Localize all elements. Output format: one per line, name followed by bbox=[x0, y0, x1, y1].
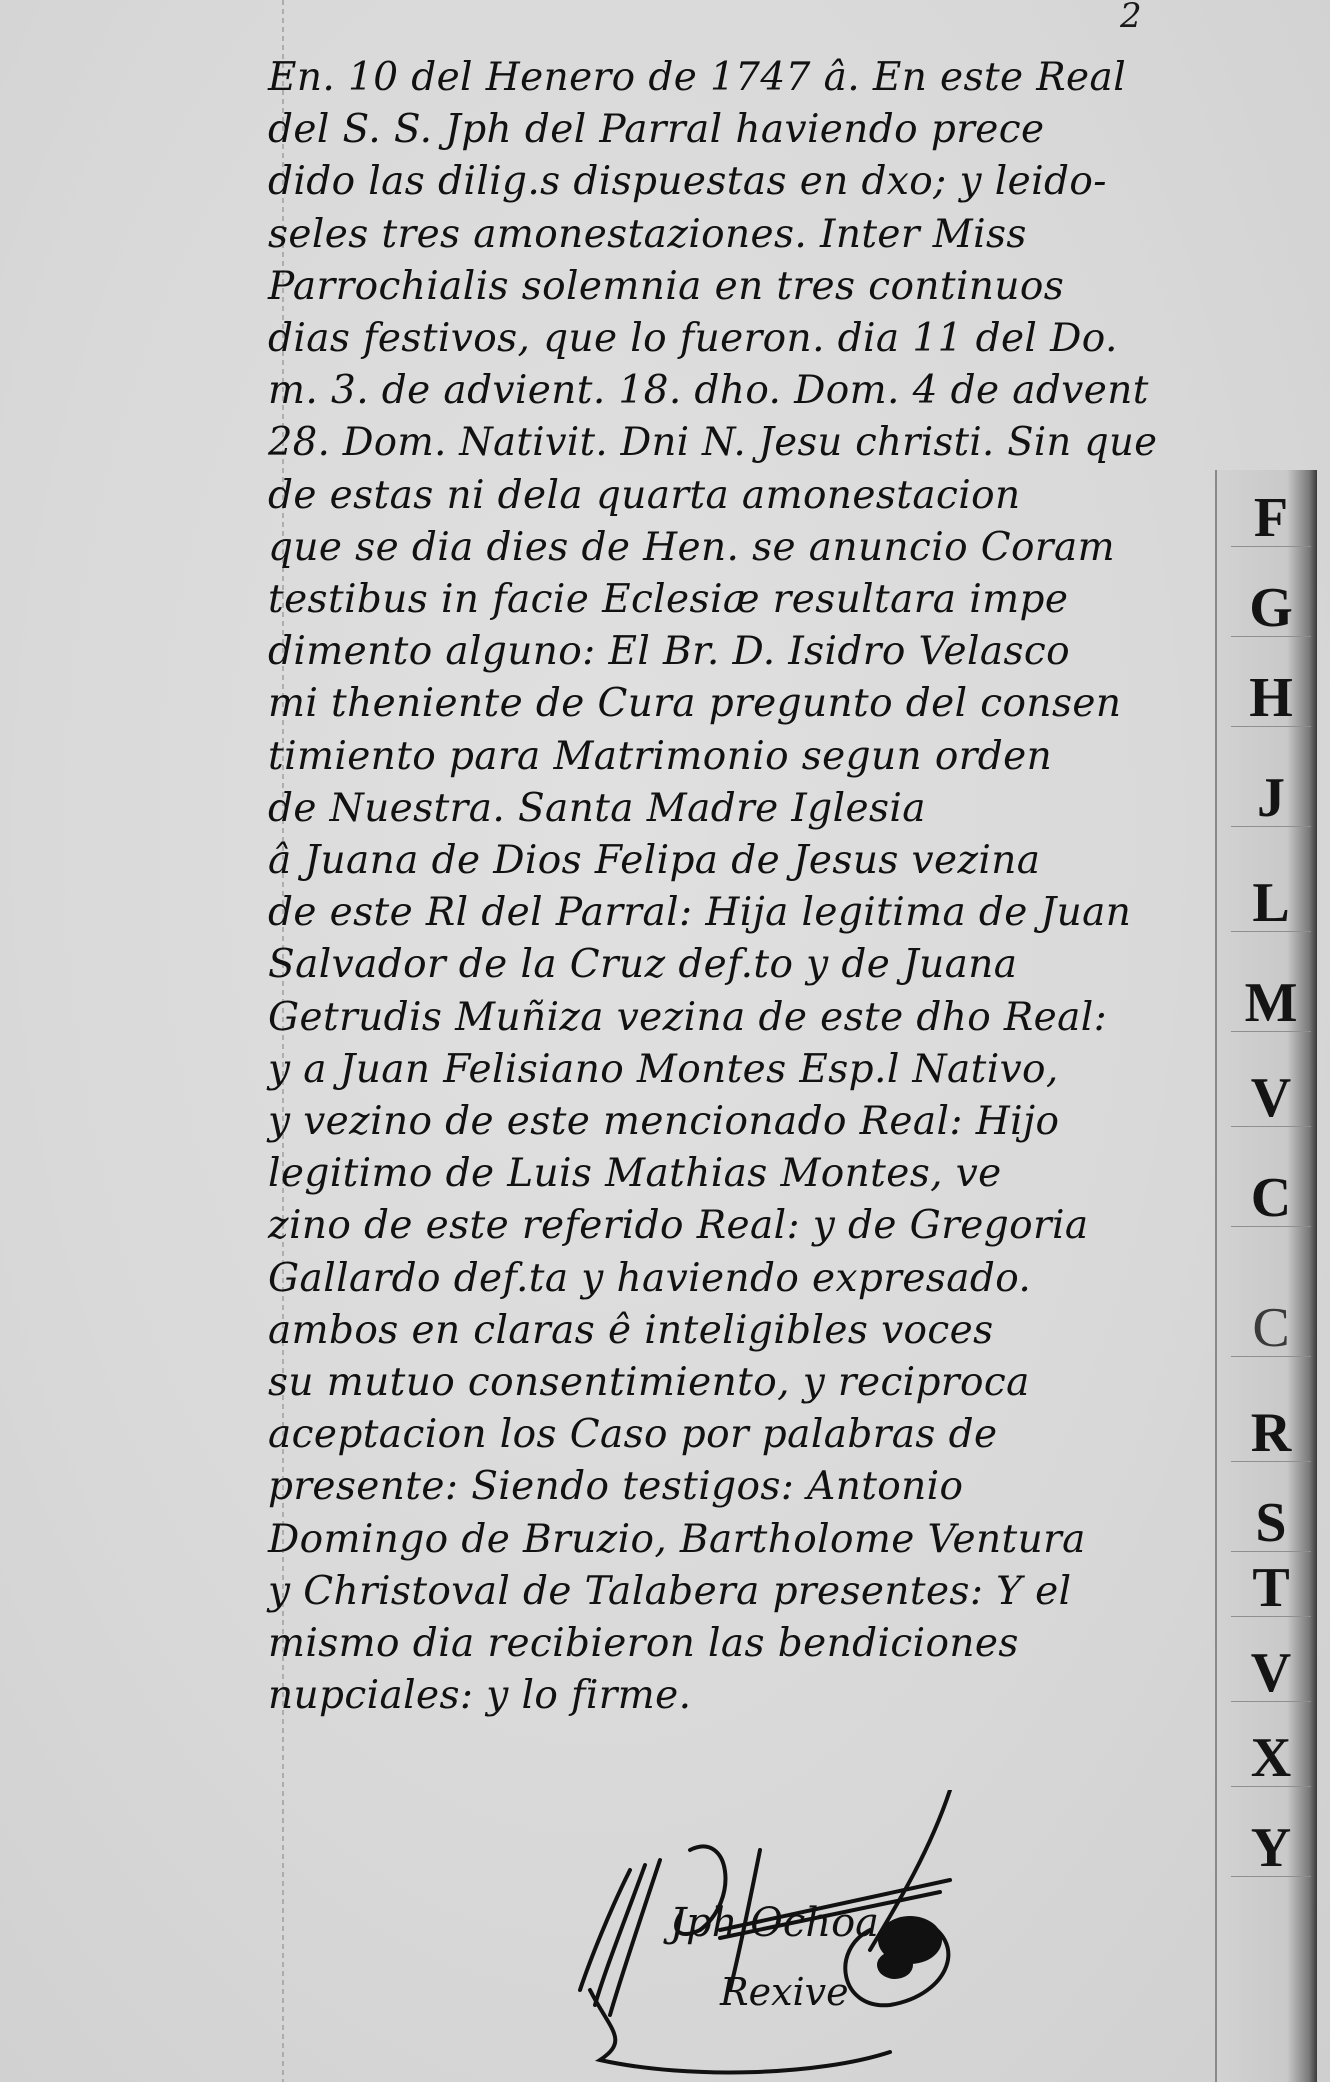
text-line: que se dia dies de Hen. se anuncio Coram bbox=[268, 522, 1158, 574]
signature-role: Rexive bbox=[720, 1970, 849, 2014]
index-tab-L[interactable]: L bbox=[1231, 875, 1311, 932]
text-line: testibus in facie Eclesiæ resultara impe bbox=[268, 574, 1158, 626]
text-line: dias festivos, que lo fueron. dia 11 del… bbox=[268, 313, 1158, 365]
text-line: y a Juan Felisiano Montes Esp.l Nativo, bbox=[268, 1044, 1158, 1096]
signature-name: Jph Ochoa bbox=[670, 1900, 879, 1946]
text-line: aceptacion los Caso por palabras de bbox=[268, 1409, 1158, 1461]
text-line: y vezino de este mencionado Real: Hijo bbox=[268, 1096, 1158, 1148]
alphabetical-index-tabs: F G H J L M V C C R S T V X Y bbox=[1215, 470, 1317, 2082]
text-line: Salvador de la Cruz def.to y de Juana bbox=[268, 939, 1158, 991]
text-line: nupciales: y lo firme. bbox=[268, 1670, 1158, 1722]
text-line: de estas ni dela quarta amonestacion bbox=[268, 470, 1158, 522]
text-line: Getrudis Muñiza vezina de este dho Real: bbox=[268, 992, 1158, 1044]
text-line: â Juana de Dios Felipa de Jesus vezina bbox=[268, 835, 1158, 887]
text-line: timiento para Matrimonio segun orden bbox=[268, 731, 1158, 783]
index-tab-X[interactable]: X bbox=[1231, 1730, 1311, 1787]
register-entry-text: En. 10 del Henero de 1747 â. En este Rea… bbox=[268, 52, 1158, 1723]
text-line: presente: Siendo testigos: Antonio bbox=[268, 1461, 1158, 1513]
index-tab-V2[interactable]: V bbox=[1231, 1645, 1311, 1702]
text-line: Parrochialis solemnia en tres continuos bbox=[268, 261, 1158, 313]
text-line: zino de este referido Real: y de Gregori… bbox=[268, 1200, 1158, 1252]
signature-flourish: Jph Ochoa Rexive bbox=[570, 1790, 1000, 2075]
text-line: de Nuestra. Santa Madre Iglesia bbox=[268, 783, 1158, 835]
text-line: dido las dilig.s dispuestas en dxo; y le… bbox=[268, 156, 1158, 208]
text-line: dimento alguno: El Br. D. Isidro Velasco bbox=[268, 626, 1158, 678]
index-tab-F[interactable]: F bbox=[1231, 490, 1311, 547]
text-line: legitimo de Luis Mathias Montes, ve bbox=[268, 1148, 1158, 1200]
text-line: Gallardo def.ta y haviendo expresado. bbox=[268, 1253, 1158, 1305]
index-tab-C-torn[interactable]: C bbox=[1231, 1300, 1311, 1357]
index-tab-H[interactable]: H bbox=[1231, 670, 1311, 727]
index-tab-J[interactable]: J bbox=[1231, 770, 1311, 827]
index-tab-T[interactable]: T bbox=[1231, 1560, 1311, 1617]
index-tab-S[interactable]: S bbox=[1231, 1495, 1311, 1552]
page-number: 2 bbox=[1120, 0, 1142, 36]
index-tab-C[interactable]: C bbox=[1231, 1170, 1311, 1227]
text-line: 28. Dom. Nativit. Dni N. Jesu christi. S… bbox=[268, 417, 1143, 469]
manuscript-page: 2 En. 10 del Henero de 1747 â. En este R… bbox=[0, 0, 1330, 2082]
index-tab-Y[interactable]: Y bbox=[1231, 1820, 1311, 1877]
text-line: seles tres amonestaziones. Inter Miss bbox=[268, 209, 1158, 261]
text-line: mi theniente de Cura pregunto del consen bbox=[268, 678, 1158, 730]
index-tab-V[interactable]: V bbox=[1231, 1070, 1311, 1127]
text-line: su mutuo consentimiento, y reciproca bbox=[268, 1357, 1158, 1409]
text-line: Domingo de Bruzio, Bartholome Ventura bbox=[268, 1514, 1158, 1566]
index-tab-G[interactable]: G bbox=[1231, 580, 1311, 637]
text-line: de este Rl del Parral: Hija legitima de … bbox=[268, 887, 1158, 939]
index-tab-M[interactable]: M bbox=[1231, 975, 1311, 1032]
text-line: m. 3. de advient. 18. dho. Dom. 4 de adv… bbox=[268, 365, 1158, 417]
text-line: ambos en claras ê inteligibles voces bbox=[268, 1305, 1158, 1357]
text-line: y Christoval de Talabera presentes: Y el bbox=[268, 1566, 1158, 1618]
text-line: del S. S. Jph del Parral haviendo prece bbox=[268, 104, 1158, 156]
index-tab-R[interactable]: R bbox=[1231, 1405, 1311, 1462]
text-line: En. 10 del Henero de 1747 â. En este Rea… bbox=[268, 52, 1158, 104]
text-line: mismo dia recibieron las bendiciones bbox=[268, 1618, 1158, 1670]
